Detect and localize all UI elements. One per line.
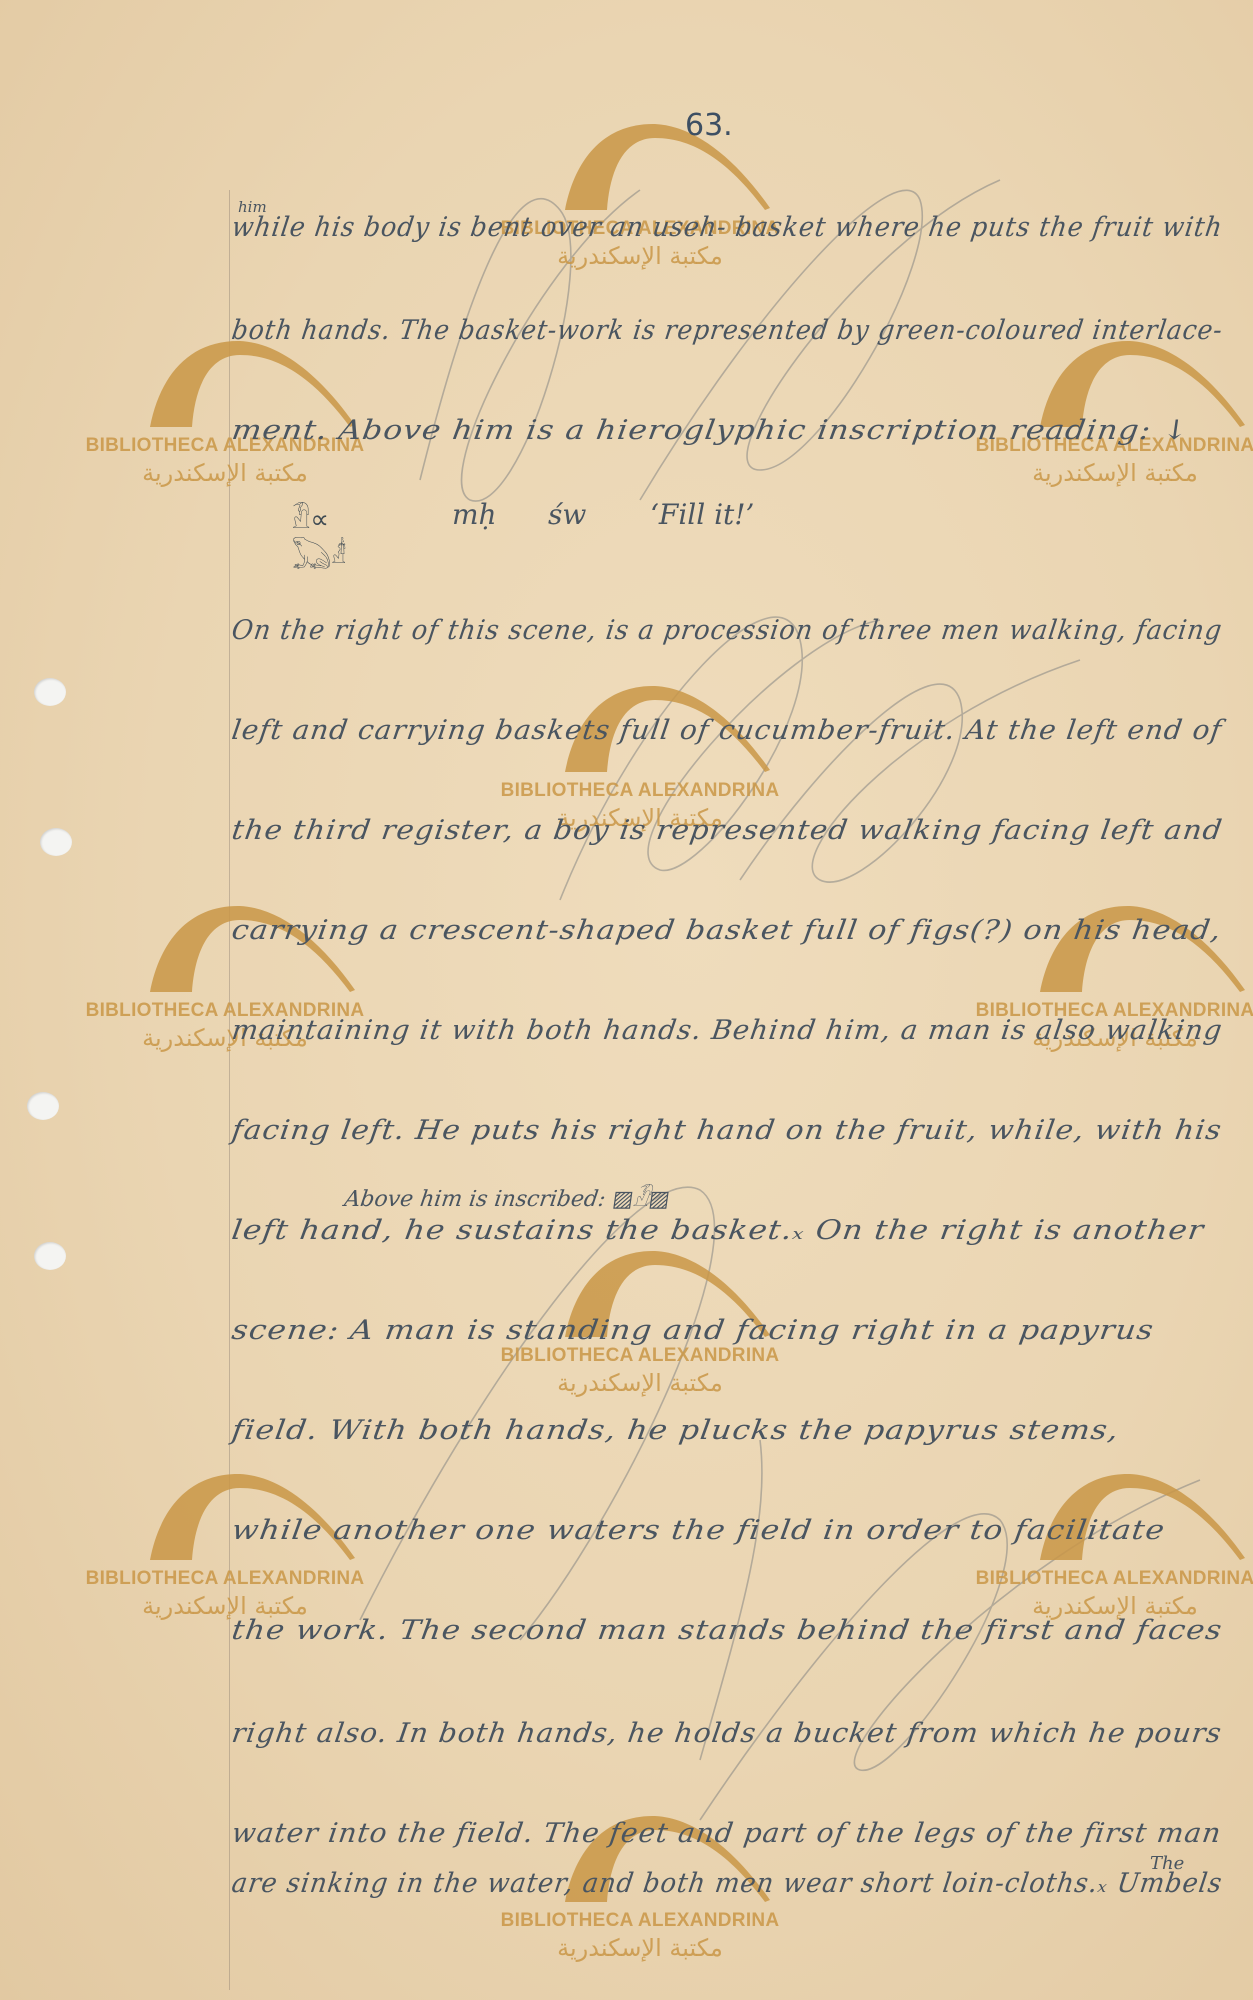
text-line: carrying a crescent-shaped basket full o…: [230, 915, 1224, 946]
text-line: scene: A man is standing and facing righ…: [230, 1315, 1156, 1346]
translation: ‘Fill it!’: [650, 498, 754, 531]
text-line: left hand, he sustains the basket.ₓ On t…: [230, 1215, 1206, 1246]
text-line: maintaining it with both hands. Behind h…: [230, 1015, 1225, 1046]
punch-hole: [34, 678, 66, 706]
text-line: right also. In both hands, he holds a bu…: [230, 1718, 1224, 1749]
pencil-scribbles: [0, 0, 1253, 2000]
text-line: On the right of this scene, is a process…: [230, 615, 1224, 646]
page-number: 63.: [685, 108, 733, 143]
text-line: both hands. The basket-work is represent…: [230, 315, 1225, 346]
punch-hole: [40, 828, 72, 856]
inserted-note: Above him is inscribed: ▨𓁟▨: [342, 1178, 672, 1214]
text-line: the third register, a boy is represented…: [230, 815, 1225, 846]
punch-hole: [34, 1242, 66, 1270]
text-line: the work. The second man stands behind t…: [230, 1615, 1225, 1646]
punch-hole: [27, 1092, 59, 1120]
transliteration-sw: św: [548, 498, 586, 531]
text-line: ment. Above him is a hieroglyphic inscri…: [230, 415, 1192, 446]
watermark: BIBLIOTHECA ALEXANDRINA مكتبة الإسكندرية: [50, 1468, 430, 1628]
watermark: BIBLIOTHECA ALEXANDRINA مكتبة الإسكندرية: [465, 118, 845, 278]
text-line: facing left. He puts his right hand on t…: [230, 1115, 1224, 1146]
text-line: water into the field. The feet and part …: [230, 1818, 1224, 1849]
text-line: left and carrying baskets full of cucumb…: [230, 715, 1224, 746]
text-line: while another one waters the field in or…: [230, 1515, 1167, 1546]
manuscript-page: BIBLIOTHECA ALEXANDRINA مكتبة الإسكندرية…: [0, 0, 1253, 2000]
text-line: are sinking in the water, and both men w…: [230, 1868, 1225, 1899]
text-line: field. With both hands, he plucks the pa…: [230, 1415, 1121, 1446]
hieroglyph-row-2: 𓆏𓁦: [292, 530, 347, 572]
text-line: while his body is bent over an useh- bas…: [230, 212, 1225, 243]
margin-rule: [229, 190, 230, 1990]
transliteration-mh: mḥ: [452, 498, 497, 531]
watermark: BIBLIOTHECA ALEXANDRINA مكتبة الإسكندرية: [940, 1468, 1253, 1628]
